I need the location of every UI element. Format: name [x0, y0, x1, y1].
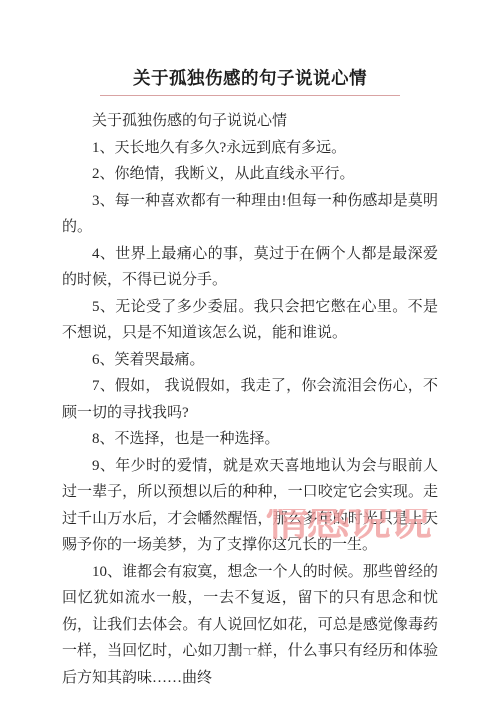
- list-item-6: 6、笑着哭最痛。: [62, 347, 438, 374]
- title-underline: [100, 95, 400, 96]
- list-item-2: 2、你绝情，我断义，从此直线永平行。: [62, 161, 438, 188]
- list-item-3: 3、每一种喜欢都有一种理由!但每一种伤感却是莫明的。: [62, 188, 438, 241]
- list-item-9: 9、年少时的爱情，就是欢天喜地地认为会与眼前人过一辈子，所以预想以后的种种，一口…: [62, 453, 438, 559]
- list-item-8: 8、不选择，也是一种选择。: [62, 426, 438, 453]
- document-title: 关于孤独伤感的句子说说心情: [0, 0, 500, 90]
- list-item-10: 10、谁都会有寂寞，想念一个人的时候。那些曾经的回忆犹如流水一般，一去不复返，留…: [62, 559, 438, 692]
- page-number: 第 1 页: [0, 644, 500, 658]
- list-item-5: 5、无论受了多少委屈。我只会把它憋在心里。不是不想说，只是不知道该怎么说，能和谁…: [62, 294, 438, 347]
- document-page: 关于孤独伤感的句子说说心情 关于孤独伤感的句子说说心情 1、天长地久有多久?永远…: [0, 0, 500, 708]
- body-heading-line: 关于孤独伤感的句子说说心情: [62, 108, 438, 135]
- list-item-4: 4、世界上最痛心的事，莫过于在俩个人都是最深爱的时候，不得已说分手。: [62, 241, 438, 294]
- list-item-7: 7、假如， 我说假如，我走了，你会流泪会伤心，不顾一切的寻找我吗?: [62, 373, 438, 426]
- list-item-1: 1、天长地久有多久?永远到底有多远。: [62, 135, 438, 162]
- document-body: 关于孤独伤感的句子说说心情 1、天长地久有多久?永远到底有多远。 2、你绝情，我…: [62, 108, 438, 691]
